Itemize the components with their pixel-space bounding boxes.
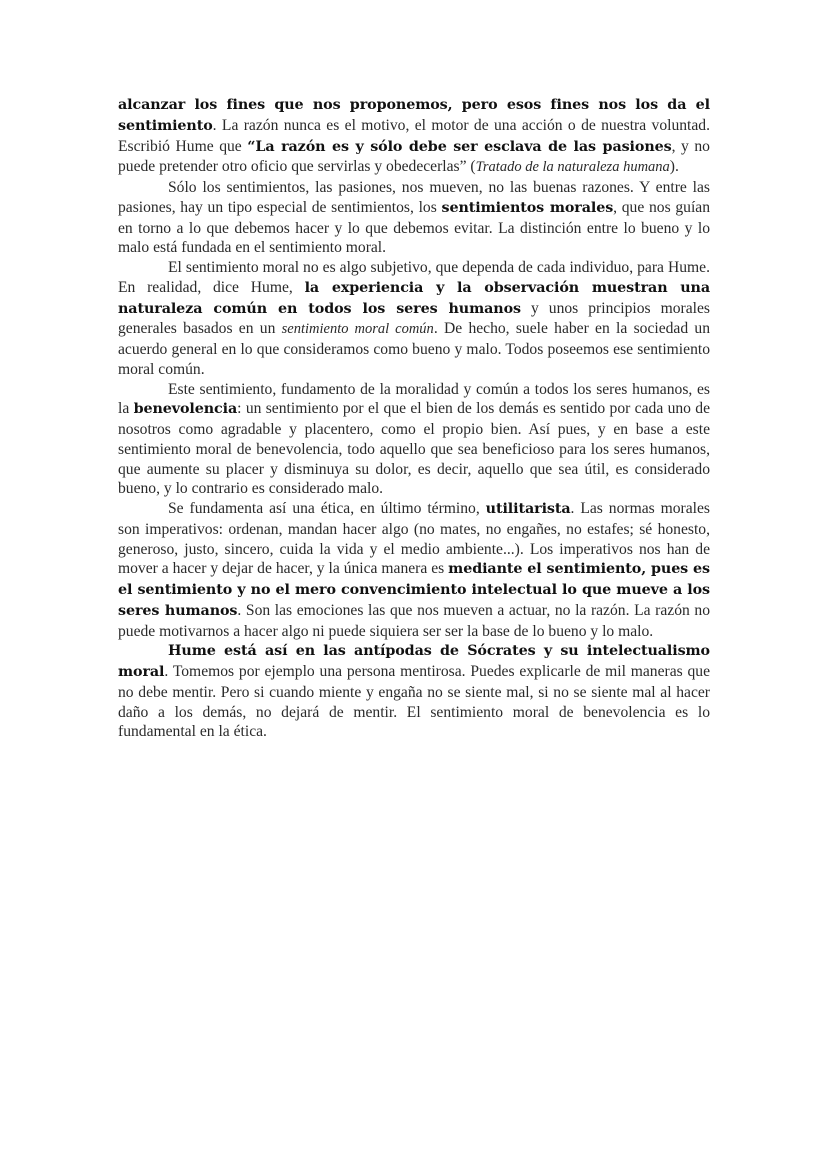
book-title: Tratado de la naturaleza humana [476,159,670,175]
bold-text: utilitarista [486,501,571,517]
bold-text: sentimientos morales [442,200,614,216]
body-text: . Tomemos por ejemplo una persona mentir… [118,663,710,740]
paragraph-5: Se fundamenta así una ética, en último t… [118,499,710,641]
paragraph-1: alcanzar los fines que nos proponemos, p… [118,95,710,178]
paragraph-4: Este sentimiento, fundamento de la moral… [118,380,710,500]
bold-text: benevolencia [134,401,238,417]
italic-text: sentimiento moral común [282,321,434,337]
paragraph-2: Sólo los sentimientos, las pasiones, nos… [118,178,710,258]
body-text: ). [670,158,679,175]
paragraph-6: Hume está así en las antípodas de Sócrat… [118,641,710,742]
paragraph-3: El sentimiento moral no es algo subjetiv… [118,258,710,380]
document-page: alcanzar los fines que nos proponemos, p… [118,95,710,742]
body-text: Se fundamenta así una ética, en último t… [168,500,486,517]
bold-text: “La razón es y sólo debe ser esclava de … [247,139,671,155]
